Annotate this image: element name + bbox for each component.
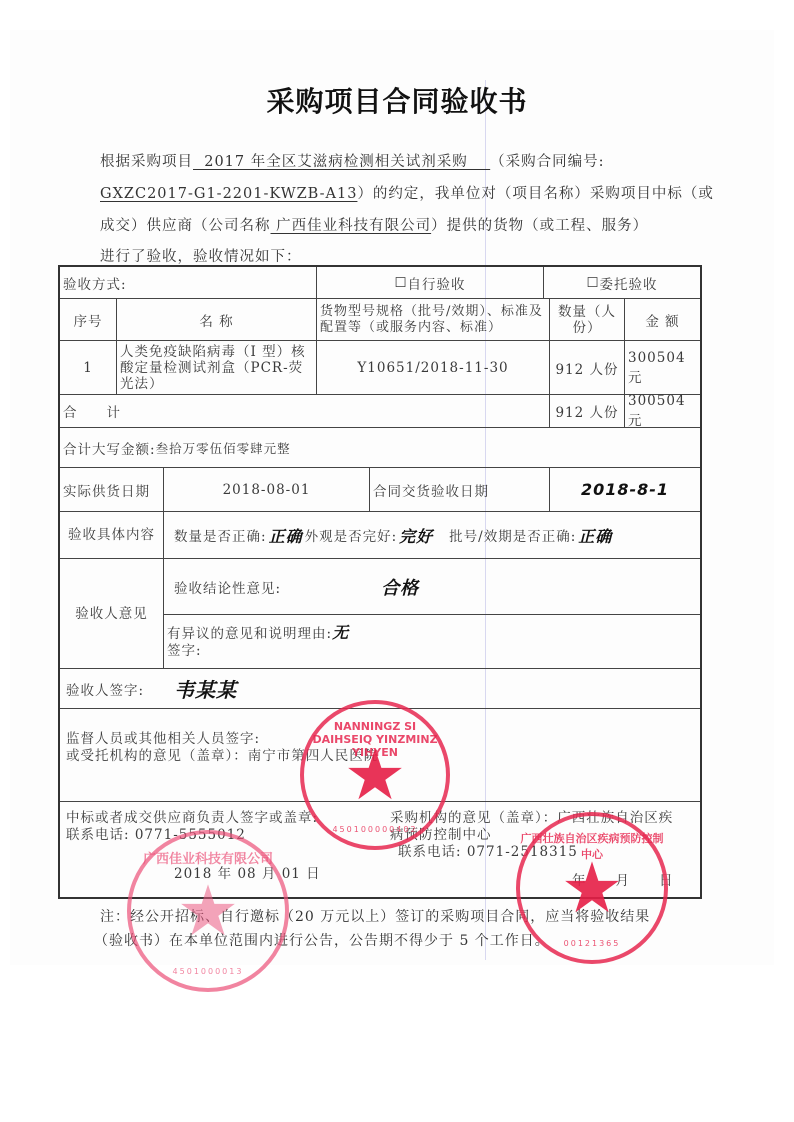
supplier-phone: 联系电话: 0771-5555012	[66, 827, 246, 844]
batch-check-value: 正确	[578, 524, 612, 547]
amount-words-value: 叁拾万零伍佰零肆元整	[156, 439, 291, 457]
header-name: 名 称	[117, 299, 317, 340]
note-line-2: （验收书）在本单位范围内进行公告，公告期不得少于 5 个工作日。	[94, 930, 550, 950]
intro-line-1: 根据采购项目 2017 年全区艾滋病检测相关试剂采购 （采购合同编号:	[100, 150, 605, 171]
checkbox-icon[interactable]: ☐	[394, 275, 407, 291]
purchaser-line-2: 病预防控制中心	[390, 827, 492, 844]
acceptance-method-row: 验收方式: ☐自行验收 ☐委托验收	[60, 267, 700, 299]
option-label: 委托验收	[600, 273, 658, 293]
inspection-row: 验收具体内容 数量是否正确: 正确 外观是否完好: 完好 批号/效期是否正确: …	[60, 512, 700, 559]
item-quantity: 912 人份	[550, 341, 625, 394]
supervisor-line-1: 监督人员或其他相关人员签字:	[66, 731, 260, 748]
amount-words-row: 合计大写金额:叁拾万零伍佰零肆元整	[60, 428, 700, 468]
batch-check-label: 批号/效期是否正确:	[449, 525, 576, 545]
supplier-name: 广西佳业科技有限公司	[271, 218, 432, 234]
checkbox-icon[interactable]: ☐	[586, 275, 599, 291]
inspection-content: 数量是否正确: 正确 外观是否完好: 完好 批号/效期是否正确: 正确	[164, 512, 700, 558]
supervisor-block: 监督人员或其他相关人员签字: 或受托机构的意见（盖章）：南宁市第四人民医院	[60, 709, 700, 801]
inspector-signature: 韦某某	[174, 674, 237, 703]
appearance-check-value: 完好	[399, 524, 433, 547]
inspection-label: 验收具体内容	[60, 512, 164, 558]
conclusion-value: 合格	[381, 574, 419, 600]
quantity-check-label: 数量是否正确:	[174, 525, 267, 545]
note-line-1: 注：经公开招标、自行邀标（20 万元以上）签订的采购项目合同，应当将验收结果	[100, 906, 650, 926]
item-spec: Y10651/2018-11-30	[317, 341, 550, 394]
intro-line-2-text: ）的约定，我单位对（项目名称）采购项目中标（或	[357, 186, 714, 202]
total-row: 合 计 912 人份 300504 元	[60, 395, 700, 428]
intro-line-4: 进行了验收，验收情况如下：	[100, 245, 302, 266]
acceptance-method-label: 验收方式:	[60, 267, 317, 298]
option-entrusted-acceptance[interactable]: ☐委托验收	[544, 267, 700, 298]
item-no: 1	[60, 341, 117, 394]
inspector-sign-row: 验收人签字: 韦某某	[60, 669, 700, 709]
contract-acceptance-date-label: 合同交货验收日期	[370, 468, 550, 511]
amount-words-label: 合计大写金额:	[63, 438, 156, 458]
option-label: 自行验收	[408, 273, 466, 293]
intro-line-3-prefix: 成交）供应商（公司名称	[100, 218, 271, 234]
objection-label: 有异议的意见和说明理由:	[167, 626, 332, 642]
contract-acceptance-date: 2018-8-1	[550, 468, 700, 511]
objection-value: 无	[332, 623, 349, 642]
header-no: 序号	[60, 299, 117, 340]
total-label: 合 计	[60, 395, 550, 427]
objection-sign-label: 签字:	[167, 643, 202, 660]
contract-number: GXZC2017-G1-2201-KWZB-A13	[100, 186, 357, 202]
intro-line-3-suffix: ）提供的货物（或工程、服务）	[431, 218, 648, 234]
item-name: 人类免疫缺陷病毒（I 型）核酸定量检测试剂盒（PCR-荧光法）	[117, 341, 317, 394]
intro-prefix: 根据采购项目	[100, 154, 193, 170]
inspector-sign-label: 验收人签字:	[66, 679, 144, 699]
intro-line-3: 成交）供应商（公司名称 广西佳业科技有限公司）提供的货物（或工程、服务）	[100, 214, 648, 235]
supplier-sign-block: 中标或者成交供应商负责人签字或盖章: 联系电话: 0771-5555012 20…	[60, 802, 386, 897]
purchaser-block: 采购机构的意见（盖章）：广西壮族自治区疾 病预防控制中心 联系电话: 0771-…	[386, 802, 700, 897]
total-amount: 300504 元	[625, 395, 700, 427]
purchaser-line-1: 采购机构的意见（盖章）：广西壮族自治区疾	[390, 810, 673, 827]
dates-row: 实际供货日期 2018-08-01 合同交货验收日期 2018-8-1	[60, 468, 700, 512]
page-title: 采购项目合同验收书	[0, 80, 794, 120]
purchaser-phone: 联系电话: 0771-2518315	[398, 844, 578, 861]
option-self-acceptance[interactable]: ☐自行验收	[317, 267, 544, 298]
intro-line-2: GXZC2017-G1-2201-KWZB-A13）的约定，我单位对（项目名称）…	[100, 182, 714, 203]
amount-words: 合计大写金额:叁拾万零伍佰零肆元整	[60, 428, 700, 467]
project-name: 2017 年全区艾滋病检测相关试剂采购	[193, 154, 490, 170]
total-quantity: 912 人份	[550, 395, 625, 427]
item-amount: 300504 元	[625, 341, 700, 394]
actual-supply-date-label: 实际供货日期	[60, 468, 164, 511]
quantity-check-value: 正确	[269, 524, 303, 547]
purchaser-date: 年 月 日	[572, 873, 674, 890]
conclusion: 验收结论性意见: 合格	[164, 559, 700, 615]
stamp-number: 4501000013	[131, 967, 285, 976]
sign-off-row: 中标或者成交供应商负责人签字或盖章: 联系电话: 0771-5555012 20…	[60, 802, 700, 897]
appearance-check-label: 外观是否完好:	[305, 525, 398, 545]
header-spec: 货物型号规格（批号/效期）、标准及配置等（或服务内容、标准）	[317, 299, 550, 340]
opinion-row: 验收人意见 验收结论性意见: 合格 有异议的意见和说明理由:无 签字:	[60, 559, 700, 669]
supplier-sign-line: 中标或者成交供应商负责人签字或盖章:	[66, 810, 318, 827]
table-row: 1 人类免疫缺陷病毒（I 型）核酸定量检测试剂盒（PCR-荧光法） Y10651…	[60, 341, 700, 395]
acceptance-table: 验收方式: ☐自行验收 ☐委托验收 序号 名 称 货物型号规格（批号/效期）、标…	[58, 265, 702, 899]
supervisor-line-2: 或受托机构的意见（盖章）：南宁市第四人民医院	[66, 748, 378, 765]
opinion-label: 验收人意见	[60, 559, 164, 668]
intro-suffix: （采购合同编号:	[490, 154, 604, 170]
supplier-date: 2018 年 08 月 01 日	[174, 866, 321, 883]
items-header-row: 序号 名 称 货物型号规格（批号/效期）、标准及配置等（或服务内容、标准） 数量…	[60, 299, 700, 341]
conclusion-label: 验收结论性意见:	[174, 577, 281, 597]
header-amount: 金 额	[625, 299, 700, 340]
opinion-content: 验收结论性意见: 合格 有异议的意见和说明理由:无 签字:	[164, 559, 700, 668]
inspector-sign: 验收人签字: 韦某某	[60, 669, 700, 708]
actual-supply-date: 2018-08-01	[164, 468, 370, 511]
supervisor-row: 监督人员或其他相关人员签字: 或受托机构的意见（盖章）：南宁市第四人民医院	[60, 709, 700, 802]
header-quantity: 数量（人份）	[550, 299, 625, 340]
objection: 有异议的意见和说明理由:无 签字:	[164, 615, 700, 668]
